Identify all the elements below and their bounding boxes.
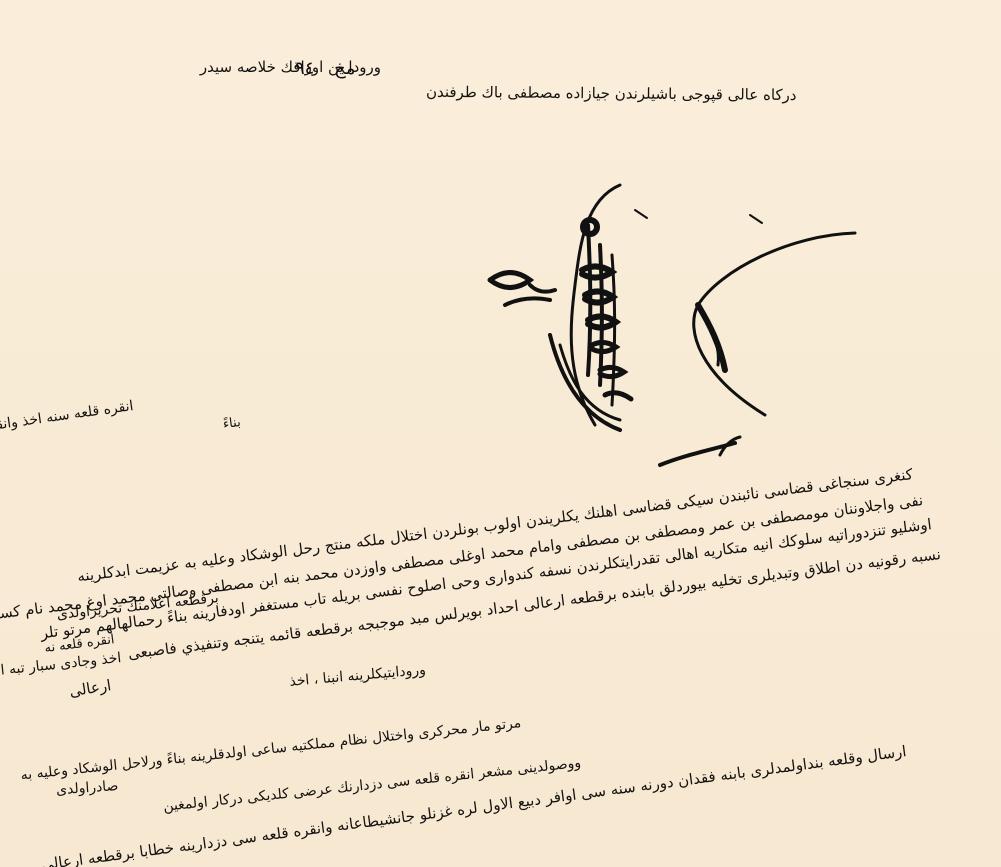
block1-line-1: بناءً bbox=[223, 415, 242, 432]
header-line-right: دركاه عالى قپوجى باشيلرندن جيازاده مصطفى… bbox=[425, 83, 796, 104]
block2-line-4: ارعالى bbox=[68, 676, 112, 700]
block1-line-2: انقره قلعه سنه اخذ وانقره قلعه نه bbox=[0, 398, 134, 442]
tughra-monogram-icon bbox=[470, 175, 870, 475]
document-page: مخ ٩٤ ورودا ين اوراقك خلاصه سيدر دركاه ع… bbox=[0, 0, 1001, 867]
header-line-left: ورودا ين اوراقك خلاصه سيدر bbox=[200, 58, 381, 76]
block2-line-3: ورودايتيكلرينه انبنا ، اخذ bbox=[289, 662, 427, 690]
block2-line-8: صادراولدى bbox=[55, 778, 118, 798]
